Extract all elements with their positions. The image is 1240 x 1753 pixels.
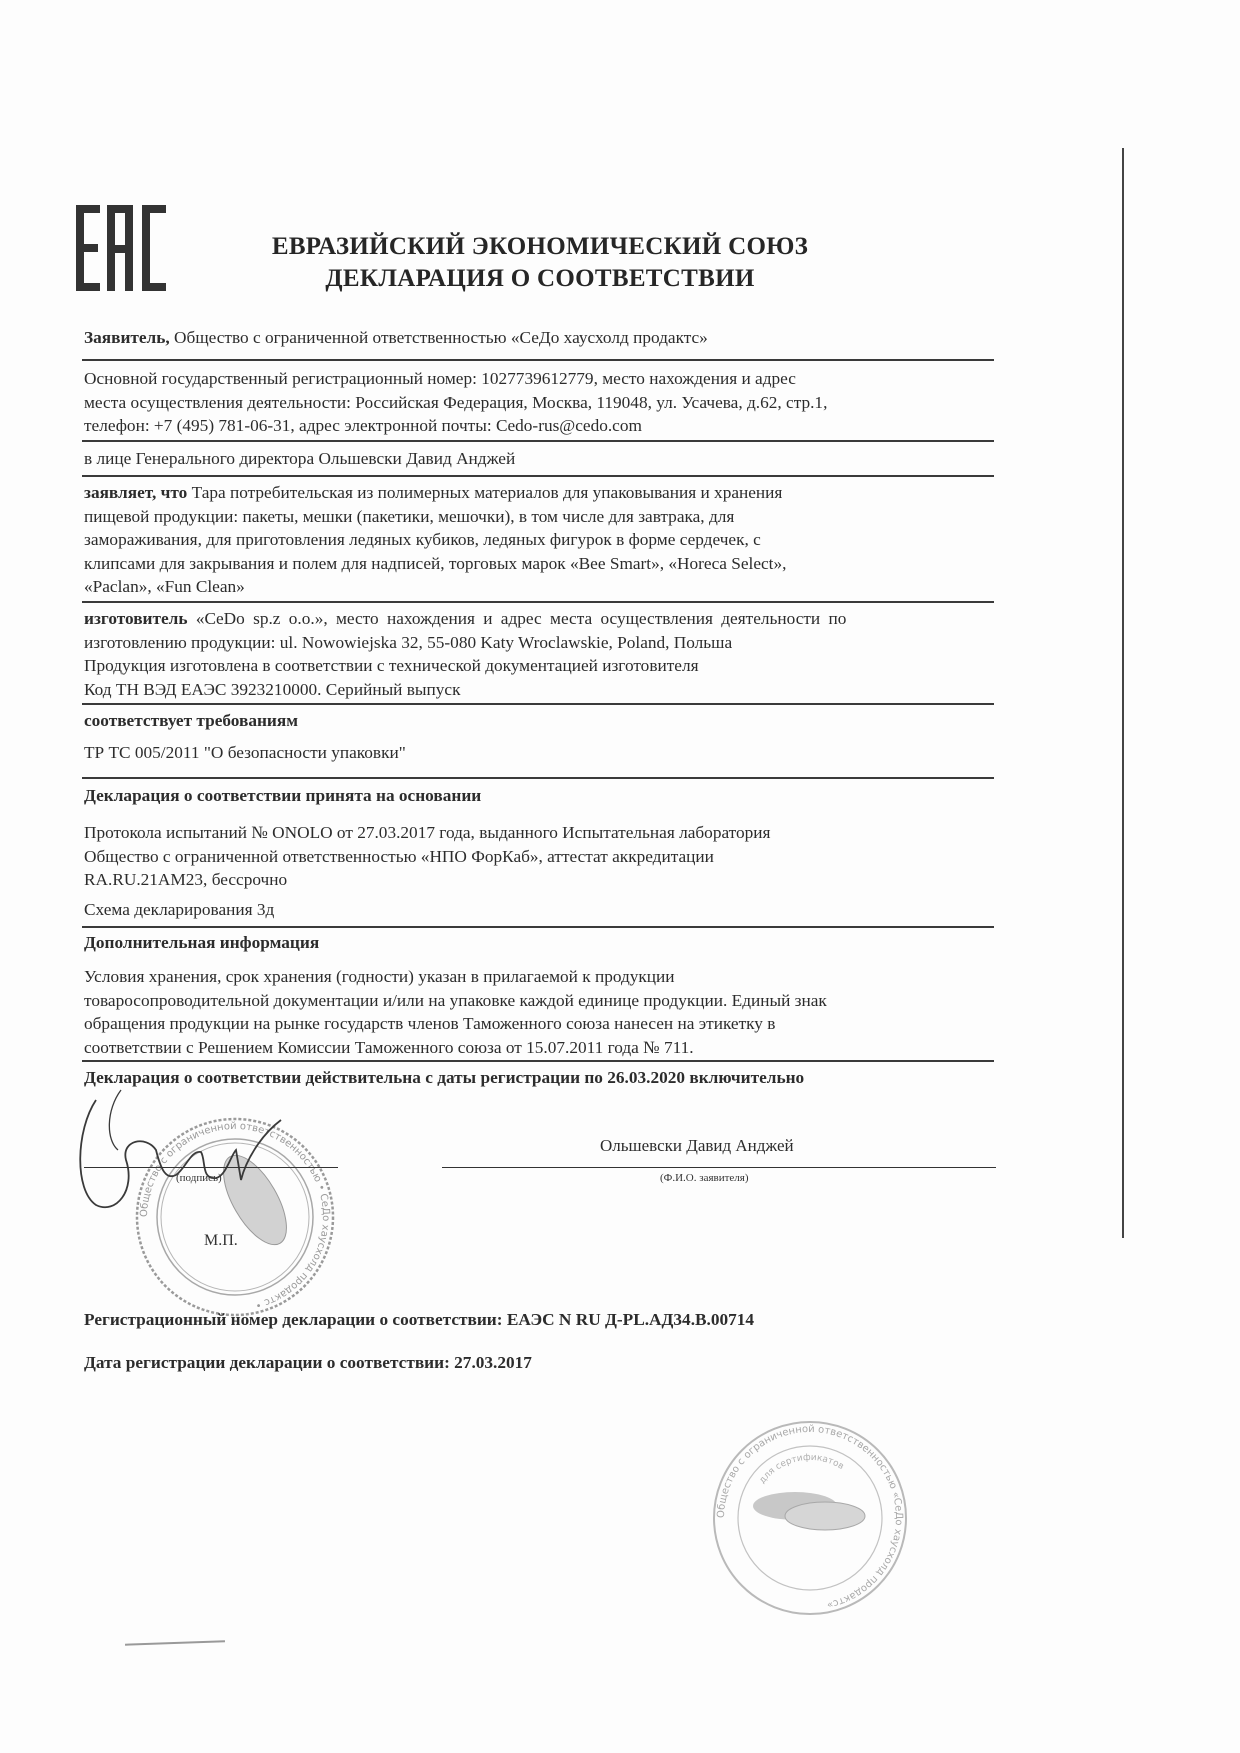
basis-protocol: Протокола испытаний № ONOLO от 27.03.201… <box>84 821 994 892</box>
divider <box>82 601 994 603</box>
scan-mark <box>125 1640 225 1645</box>
signature-icon <box>66 1080 286 1220</box>
signature-caption: (подпись) <box>176 1172 222 1184</box>
applicant-value: Общество с ограниченной ответственностью… <box>174 328 708 347</box>
requirements-label: соответствует требованиям <box>84 709 994 733</box>
applicant-row: Заявитель, Общество с ограниченной ответ… <box>84 326 994 350</box>
divider <box>82 475 994 477</box>
union-title: ЕВРАЗИЙСКИЙ ЭКОНОМИЧЕСКИЙ СОЮЗ <box>200 233 880 261</box>
applicant-label: Заявитель, <box>84 328 170 347</box>
signature-line <box>84 1167 338 1168</box>
additional-info: Условия хранения, срок хранения (годност… <box>84 965 994 1059</box>
divider <box>82 1060 994 1062</box>
manufacturer: изготовитель «CeDo sp.z o.o.», место нах… <box>84 607 994 701</box>
declaration-scheme: Схема декларирования 3д <box>84 898 994 922</box>
registration-date: Дата регистрации декларации о соответств… <box>84 1351 994 1375</box>
seal-caption: М.П. <box>204 1232 238 1250</box>
margin-line <box>1122 148 1124 1238</box>
eac-logo-icon <box>76 205 166 291</box>
divider <box>82 359 994 361</box>
divider <box>82 440 994 442</box>
registration-number: Регистрационный номер декларации о соотв… <box>84 1308 994 1332</box>
basis-label: Декларация о соответствии принята на осн… <box>84 784 994 808</box>
registration-info: Основной государственный регистрационный… <box>84 367 994 438</box>
name-line <box>442 1167 996 1168</box>
divider <box>82 703 994 705</box>
representative: в лице Генерального директора Ольшевски … <box>84 447 994 471</box>
additional-label: Дополнительная информация <box>84 931 994 955</box>
product-declaration: заявляет, что Тара потребительская из по… <box>84 481 994 599</box>
requirements-value: ТР ТС 005/2011 "О безопасности упаковки" <box>84 741 994 765</box>
name-caption: (Ф.И.О. заявителя) <box>660 1172 749 1184</box>
divider <box>82 926 994 928</box>
document-title: ДЕКЛАРАЦИЯ О СООТВЕТСТВИИ <box>200 265 880 293</box>
applicant-name: Ольшевски Давид Анджей <box>600 1136 794 1156</box>
divider <box>82 777 994 779</box>
certification-seal-icon: Общество с ограниченной ответственностью… <box>700 1418 920 1618</box>
